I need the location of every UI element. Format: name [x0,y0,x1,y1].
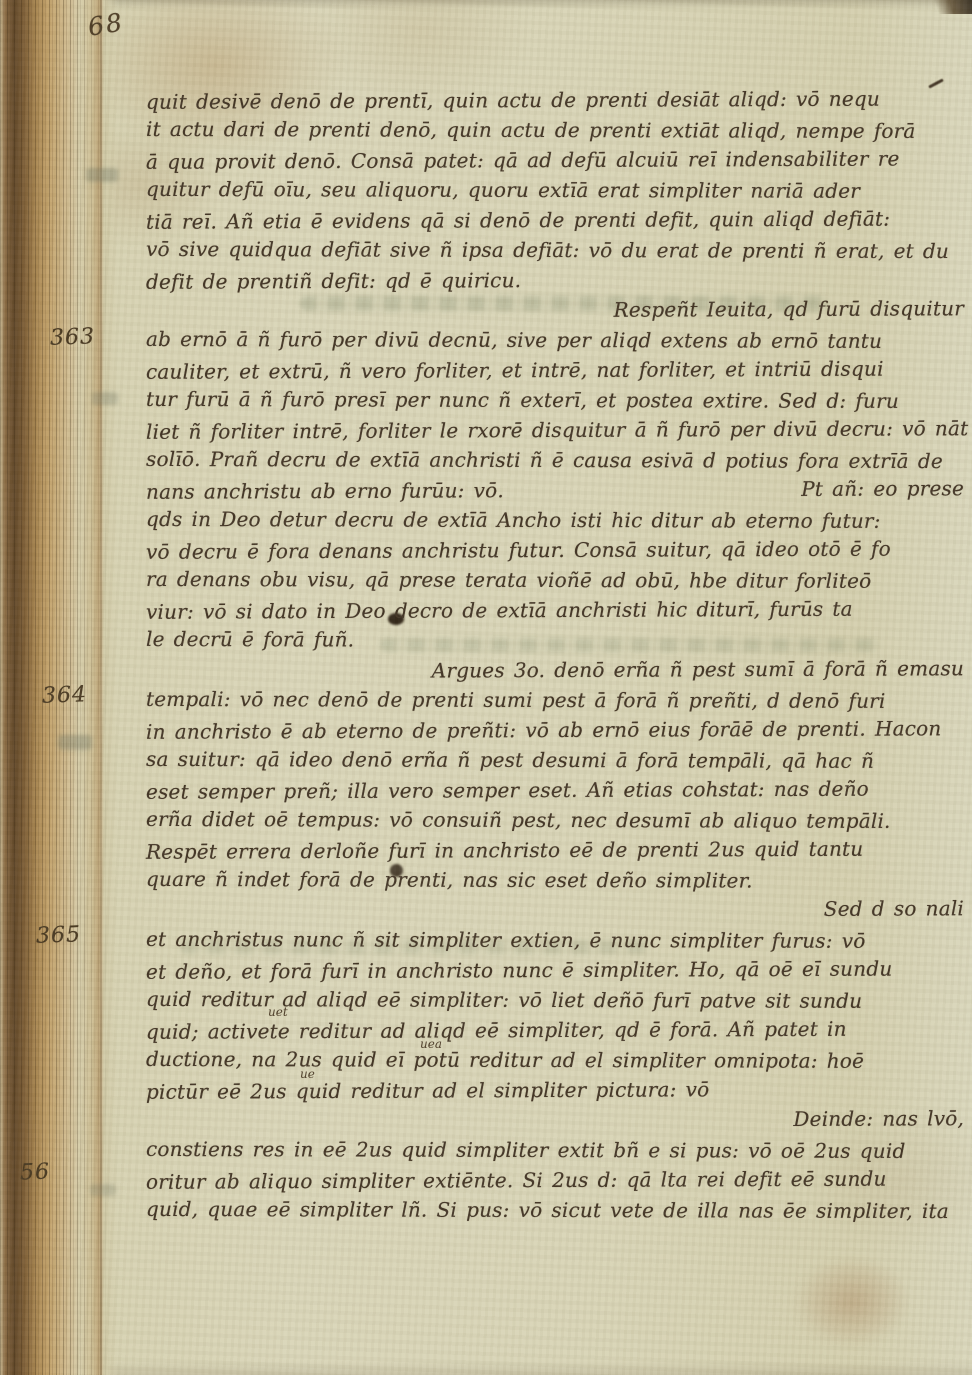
manuscript-line: cauliter, et extrū, ñ vero forliter, et … [146,353,964,387]
manuscript-line: pictūr eē 2us quid reditur ad el simplit… [146,1073,964,1107]
manuscript-line: vō sive quidqua defiāt sive ñ ipsa defiā… [146,234,964,266]
line-right: Pt añ: eo prese [801,473,964,504]
line-left: nans anchristu ab erno furūu: vō. [146,475,504,507]
manuscript-line: Argues 3o. denō erña ñ pest sumī ā forā … [146,653,964,687]
interlinear-correction: uet [268,1006,288,1018]
paragraph: Sed d so naliet anchristus nunc ñ sit si… [146,895,964,1105]
margin-number: 365 [36,922,82,949]
page-number: 68 [86,7,126,41]
manuscript-line: oritur ab aliquo simpliter extiēnte. Si … [146,1163,964,1197]
paragraph: Respeñt Ieuita, qd furū disquiturab ernō… [146,295,964,655]
manuscript-line: defit de prentiñ defit: qd ē quiricu. [146,263,964,297]
manuscript-line: viur: vō si dato in Deo decro de extīā a… [146,593,964,627]
manuscript-line: tiā reī. Añ etia ē evidens qā si denō de… [146,203,964,237]
margin-number: 363 [50,324,96,351]
manuscript-line: it actu dari de prenti denō, quin actu d… [146,114,964,146]
paragraph: Deinde: nas lvō,constiens res in eē 2us … [146,1105,964,1225]
manuscript-line: sa suitur: qā ideo denō erña ñ pest desu… [146,744,964,776]
manuscript-line: erña didet oē tempus: vō consuiñ pest, n… [146,804,964,836]
manuscript-line: quid, quae eē simpliter lñ. Si pus: vō s… [146,1194,964,1226]
paper-stain [790,1255,910,1350]
manuscript-line: eset semper preñ; illa vero semper eset.… [146,773,964,807]
interlinear-correction: ue [300,1068,315,1080]
interlinear-correction: uea [420,1038,442,1050]
manuscript-line: solīō. Prañ decru de extīā anchristi ñ ē… [146,444,964,476]
manuscript-line: qds in Deo detur decru de extīā Ancho is… [146,504,964,536]
manuscript-line: constiens res in eē 2us quid simpliter e… [146,1134,964,1166]
manuscript-page: 68 quit desivē denō de prentī, quin actu… [0,0,972,1375]
manuscript-line: tempali: vō nec denō de prenti sumi pest… [146,684,964,716]
manuscript-line: in anchristo ē ab eterno de preñti: vō a… [146,713,964,747]
manuscript-line: liet ñ forliter intrē, forliter le rxorē… [146,413,964,447]
paragraph: Argues 3o. denō erña ñ pest sumī ā forā … [146,655,964,895]
margin-number: 364 [42,682,88,709]
page-corner-shadow [926,0,972,14]
manuscript-line: et anchristus nunc ñ sit simpliter extie… [146,924,964,956]
margin-number: 56 [20,1159,51,1185]
manuscript-line: Respēt errera derloñe furī in anchristo … [146,833,964,867]
manuscript-line: ductione, na 2us quid eī potū reditur ad… [146,1044,964,1076]
manuscript-line: Deinde: nas lvō, [146,1103,964,1137]
manuscript-line: ra denans obu visu, qā prese terata vioñ… [146,564,964,596]
manuscript-line: tur furū ā ñ furō presī per nunc ñ exter… [146,384,964,416]
manuscript-line: le decrū ē forā fuñ. [146,624,964,656]
manuscript-line: Respeñt Ieuita, qd furū disquitur [146,293,964,327]
manuscript-line: ā qua provit denō. Consā patet: qā ad de… [146,143,964,177]
manuscript-line: ab ernō ā ñ furō per divū decnū, sive pe… [146,324,964,356]
text-block: quit desivē denō de prentī, quin actu de… [146,85,964,1225]
manuscript-line: quitur defū oīu, seu aliquoru, quoru ext… [146,174,964,206]
manuscript-line: quit desivē denō de prentī, quin actu de… [146,83,964,117]
manuscript-line: et deño, et forā furī in anchristo nunc … [146,953,964,987]
manuscript-line: nans anchristu ab erno furūu: vō.Pt añ: … [146,473,964,507]
paragraph: quit desivē denō de prentī, quin actu de… [146,85,964,295]
manuscript-line: Sed d so nali [146,893,964,927]
manuscript-line: quare ñ indet forā de prenti, nas sic es… [146,864,964,896]
manuscript-line: vō decru ē fora denans anchristu futur. … [146,533,964,567]
